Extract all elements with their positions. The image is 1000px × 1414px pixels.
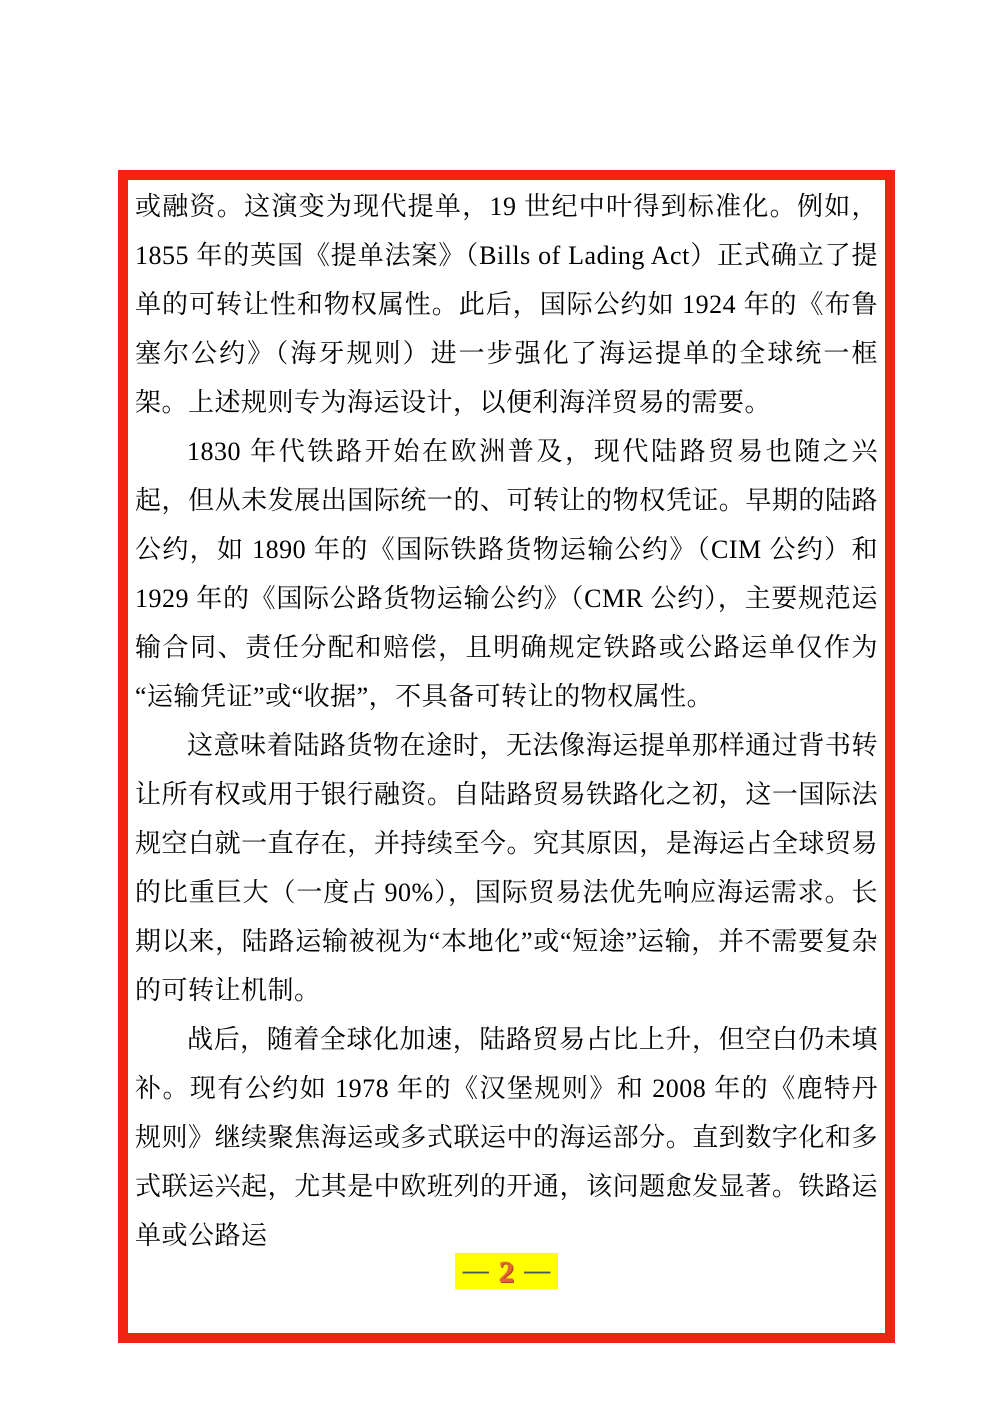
paragraph-1: 或融资。这演变为现代提单，19 世纪中叶得到标准化。例如，1855 年的英国《提…: [135, 182, 878, 427]
page-footer: — 2 —: [128, 1253, 885, 1289]
page-border-frame: 或融资。这演变为现代提单，19 世纪中叶得到标准化。例如，1855 年的英国《提…: [118, 170, 895, 1343]
page-number: 2: [499, 1254, 515, 1289]
paragraph-2: 1830 年代铁路开始在欧洲普及，现代陆路贸易也随之兴起，但从未发展出国际统一的…: [135, 427, 878, 721]
document-page: 或融资。这演变为现代提单，19 世纪中叶得到标准化。例如，1855 年的英国《提…: [0, 0, 1000, 1414]
page-body-text: 或融资。这演变为现代提单，19 世纪中叶得到标准化。例如，1855 年的英国《提…: [135, 182, 878, 1260]
paragraph-3: 这意味着陆路货物在途时，无法像海运提单那样通过背书转让所有权或用于银行融资。自陆…: [135, 721, 878, 1015]
paragraph-4: 战后，随着全球化加速，陆路贸易占比上升，但空白仍未填补。现有公约如 1978 年…: [135, 1015, 878, 1260]
footer-dash-left: —: [463, 1256, 489, 1285]
page-number-highlight: — 2 —: [455, 1253, 559, 1289]
footer-dash-right: —: [524, 1256, 550, 1285]
